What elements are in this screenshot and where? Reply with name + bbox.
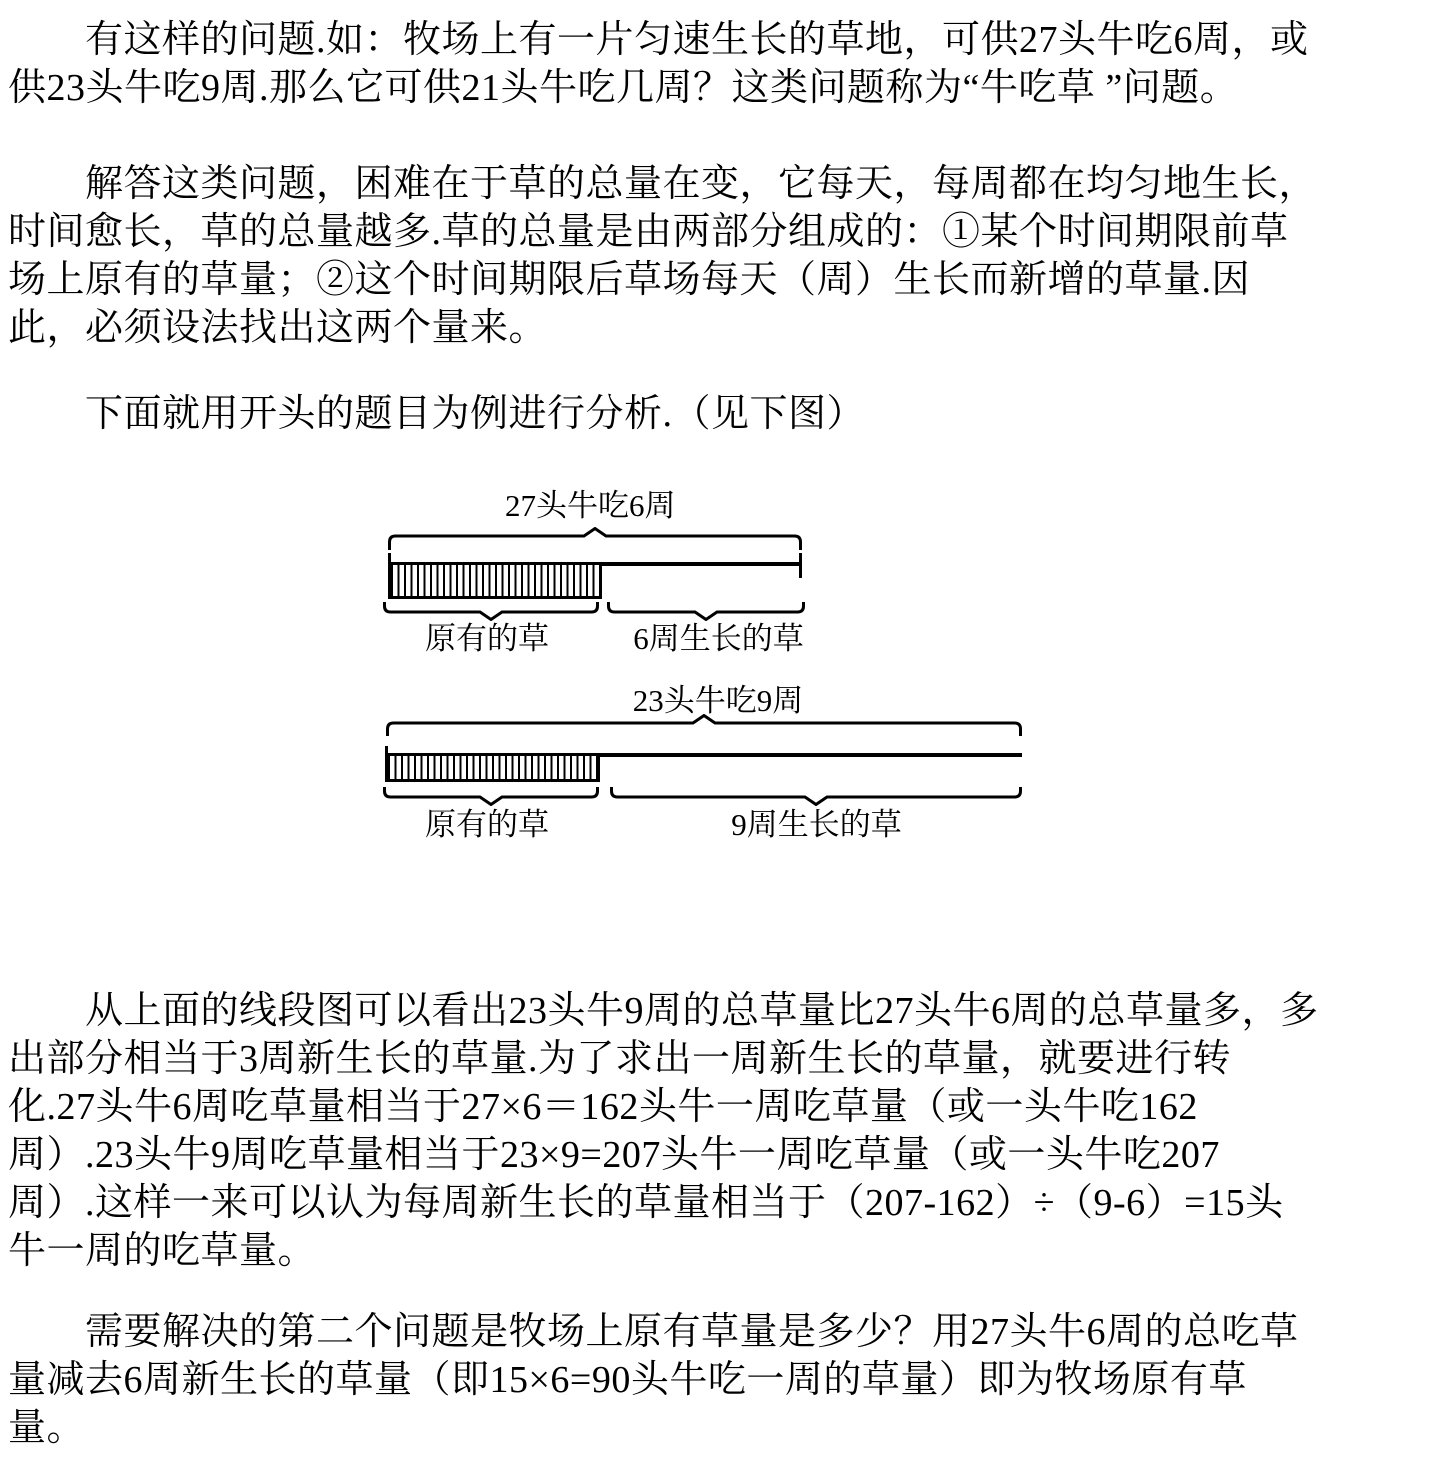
diagram-1-growth-brace [607, 601, 805, 621]
diagram-1-growth-label: 6周生长的草 [633, 622, 804, 656]
diagram-2-growth-brace [610, 786, 1022, 806]
diagram-2-original-grass-hatch [385, 753, 600, 782]
document-page: 有这样的问题.如：牧场上有一片匀速生长的草地，可供27头牛吃6周，或 供23头牛… [0, 0, 1434, 1462]
diagram-2-growth-label: 9周生长的草 [731, 808, 902, 842]
diagram-1-bar-right-tick [799, 553, 802, 578]
diagram-1-title: 27头牛吃6周 [505, 489, 675, 523]
diagram-1-original-brace [383, 601, 599, 621]
diagram-1-original-grass-hatch [388, 562, 602, 599]
diagram-1-original-label: 原有的草 [425, 622, 549, 656]
diagram-2-total-brace [386, 714, 1022, 737]
paragraph-conclusion: 需要解决的第二个问题是牧场上原有草量是多少？用27头牛6周的总吃草 量减去6周新… [8, 1308, 1430, 1452]
paragraph-intro: 有这样的问题.如：牧场上有一片匀速生长的草地，可供27头牛吃6周，或 供23头牛… [8, 16, 1430, 112]
diagram-2-title: 23头牛吃9周 [630, 684, 806, 718]
paragraph-explanation: 解答这类问题，困难在于草的总量在变，它每天，每周都在均匀地生长， 时间愈长，草的… [8, 160, 1430, 352]
diagram-2-original-label: 原有的草 [425, 808, 549, 842]
diagram-2-original-brace [383, 786, 599, 806]
paragraph-lead-in: 下面就用开头的题目为例进行分析.（见下图） [8, 390, 1430, 438]
diagram-1-total-brace [388, 527, 802, 551]
paragraph-analysis: 从上面的线段图可以看出23头牛9周的总草量比27头牛6周的总草量多，多 出部分相… [8, 987, 1430, 1275]
